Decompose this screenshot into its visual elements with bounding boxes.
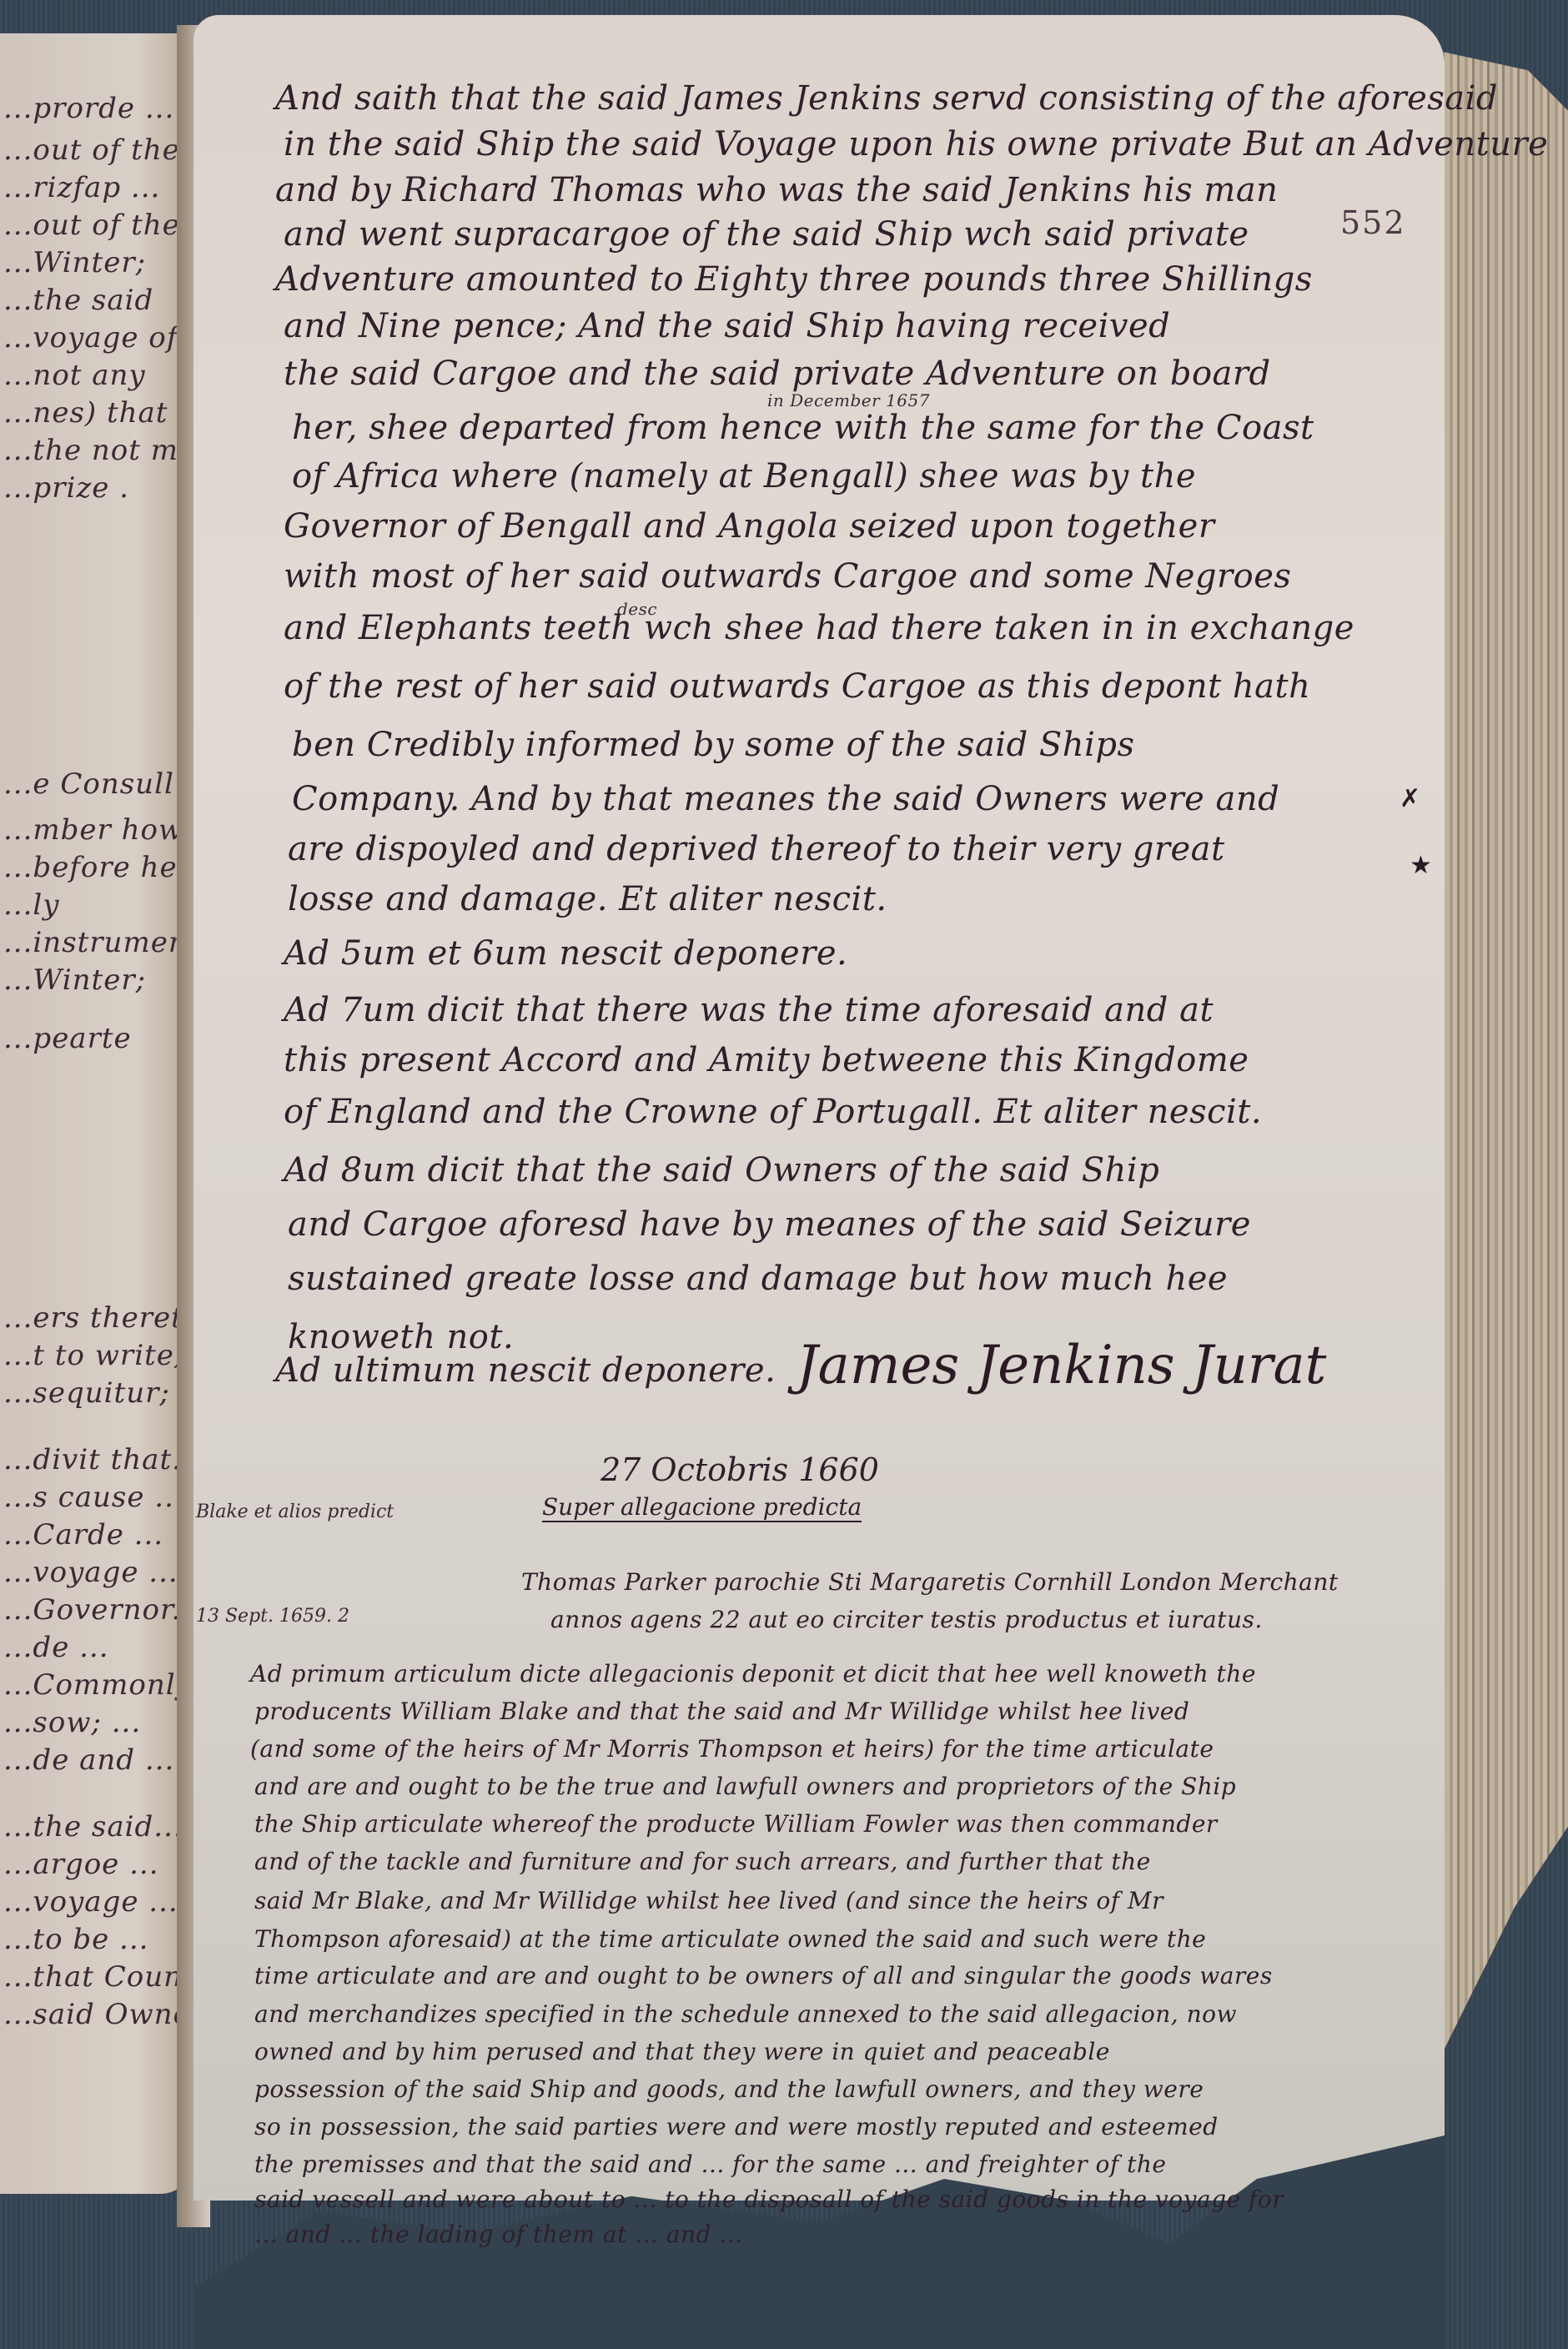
left-fragment-line: ...divit that... (3, 1443, 202, 1476)
margin-cross-mark: ✗ (1400, 784, 1420, 813)
deposition-line: and went supracargoe of the said Ship wc… (284, 215, 1249, 254)
deposition-line: and Nine pence; And the said Ship having… (284, 307, 1170, 345)
left-fragment-line: ...de ... (3, 1631, 109, 1664)
left-fragment-line: ...s cause ... (3, 1481, 184, 1514)
margin-note: Blake et alios predict (196, 1501, 394, 1522)
stacked-page-edges (1435, 50, 1568, 2069)
left-fragment-line: ...Winter; (3, 963, 146, 997)
margin-star-mark: ★ (1410, 851, 1432, 880)
deposition-line: ... and ... the lading of them at ... an… (254, 2221, 743, 2248)
left-fragment-line: ...prorde ... (3, 92, 174, 125)
left-fragment-line: ...sequitur; (3, 1376, 170, 1410)
left-fragment-line: ...de and ... (3, 1743, 174, 1777)
left-fragment-line: ...argoe ... (3, 1848, 159, 1881)
deposition-line: of England and the Crowne of Portugall. … (284, 1093, 1262, 1131)
left-fragment-line: ...to be ... (3, 1923, 148, 1956)
deposition-line: and are and ought to be the true and law… (254, 1773, 1236, 1800)
deposition-line: ben Credibly informed by some of the sai… (292, 726, 1135, 764)
left-fragment-line: ...instrument (3, 926, 199, 959)
deposition-line: said Mr Blake, and Mr Willidge whilst he… (254, 1887, 1163, 1914)
left-fragment-line: ...Winter; (3, 246, 146, 279)
deposition-line: this present Accord and Amity betweene t… (284, 1041, 1249, 1079)
deposition-date: 27 Octobris 1660 (601, 1451, 879, 1488)
deposition-line: Company. And by that meanes the said Own… (292, 780, 1279, 818)
left-fragment-line: ...nes) that (3, 396, 168, 430)
deposition-line: and by Richard Thomas who was the said J… (275, 171, 1278, 209)
deposition-line: (and some of the heirs of Mr Morris Thom… (250, 1735, 1214, 1763)
deponent-name: Thomas Parker parochie Sti Margaretis Co… (521, 1568, 1339, 1596)
left-fragment-line: ...the said (3, 284, 153, 317)
deponent-signature: James Jenkins Jurat (797, 1335, 1326, 1396)
deposition-line: losse and damage. Et aliter nescit. (288, 880, 887, 918)
deposition-line: and Cargoe aforesd have by meanes of the… (288, 1205, 1251, 1244)
deposition-line: with most of her said outwards Cargoe an… (284, 557, 1291, 596)
left-fragment-line: ...ly (3, 888, 60, 922)
deposition-line: time articulate and are and ought to be … (254, 1962, 1273, 1989)
left-fragment-line: ...e Consull (3, 767, 174, 801)
deposition-line: Ad ultimum nescit deponere. (275, 1351, 776, 1390)
deposition-line: Thompson aforesaid) at the time articula… (254, 1925, 1206, 1953)
left-fragment-line: ...voyage ... (3, 1885, 178, 1919)
left-fragment-line: ...prize . (3, 471, 129, 505)
deposition-line: Ad 8um dicit that the said Owners of the… (284, 1151, 1159, 1190)
left-fragment-line: ...Governor... (3, 1593, 201, 1627)
deposition-line: the said Cargoe and the said private Adv… (284, 355, 1271, 393)
deposition-line: and Elephants teeth wch shee had there t… (284, 609, 1354, 647)
deposition-line: Ad 5um et 6um nescit deponere. (284, 934, 847, 973)
deposition-line: are dispoyled and deprived thereof to th… (288, 830, 1225, 868)
deposition-line: Ad primum articulum dicte allegacionis d… (250, 1660, 1256, 1688)
deposition-line: sustained greate losse and damage but ho… (288, 1260, 1228, 1298)
deposition-line: and of the tackle and furniture and for … (254, 1848, 1151, 1875)
left-fragment-line: ...sow; ... (3, 1706, 141, 1739)
deponent-details: annos agens 22 aut eo circiter testis pr… (550, 1606, 1263, 1633)
deposition-line: producents William Blake and that the sa… (254, 1698, 1189, 1725)
left-page-fragment: ...prorde ... ...out of the... ...rizfap… (0, 33, 193, 2194)
deposition-line: of Africa where (namely at Bengall) shee… (292, 457, 1196, 495)
deposition-line: and merchandizes specified in the schedu… (254, 2000, 1237, 2028)
left-fragment-line: ...out of the (3, 209, 180, 242)
deposition-line: Governor of Bengall and Angola seized up… (284, 507, 1214, 546)
left-fragment-line: ...voyage ... (3, 1556, 178, 1589)
left-fragment-line: ...before hee (3, 851, 195, 884)
left-fragment-line: ...pearte (3, 1022, 132, 1055)
deposition-line: And saith that the said James Jenkins se… (275, 79, 1498, 118)
deposition-line: her, shee departed from hence with the s… (292, 409, 1314, 447)
deposition-line: the premisses and that the said and ... … (254, 2150, 1166, 2178)
left-fragment-line: ...t to write; (3, 1339, 184, 1372)
deposition-line: Adventure amounted to Eighty three pound… (275, 260, 1313, 299)
left-fragment-line: ...not any (3, 359, 146, 392)
deposition-line: possession of the said Ship and goods, a… (254, 2075, 1204, 2103)
interlinear-note: in December 1657 (767, 390, 930, 410)
deposition-line: the Ship articulate whereof the producte… (254, 1810, 1218, 1838)
folio-number: 552 (1340, 204, 1406, 241)
deposition-line: owned and by him perused and that they w… (254, 2038, 1110, 2065)
deposition-line: Ad 7um dicit that there was the time afo… (284, 991, 1214, 1029)
deposition-line: of the rest of her said outwards Cargoe … (284, 667, 1310, 706)
left-fragment-line: ...mber how (3, 813, 183, 847)
deposition-line: in the said Ship the said Voyage upon hi… (284, 125, 1548, 163)
margin-note-date: 13 Sept. 1659. 2 (196, 1606, 349, 1627)
left-fragment-line: ...the said... (3, 1810, 183, 1843)
left-fragment-line: ...rizfap ... (3, 171, 160, 204)
deposition-line: said vessell and were about to ... to th… (254, 2186, 1284, 2213)
deposition-line: so in possession, the said parties were … (254, 2113, 1219, 2140)
left-fragment-line: ...Carde ... (3, 1518, 163, 1552)
deposition-heading: Super allegacione predicta (542, 1493, 862, 1522)
